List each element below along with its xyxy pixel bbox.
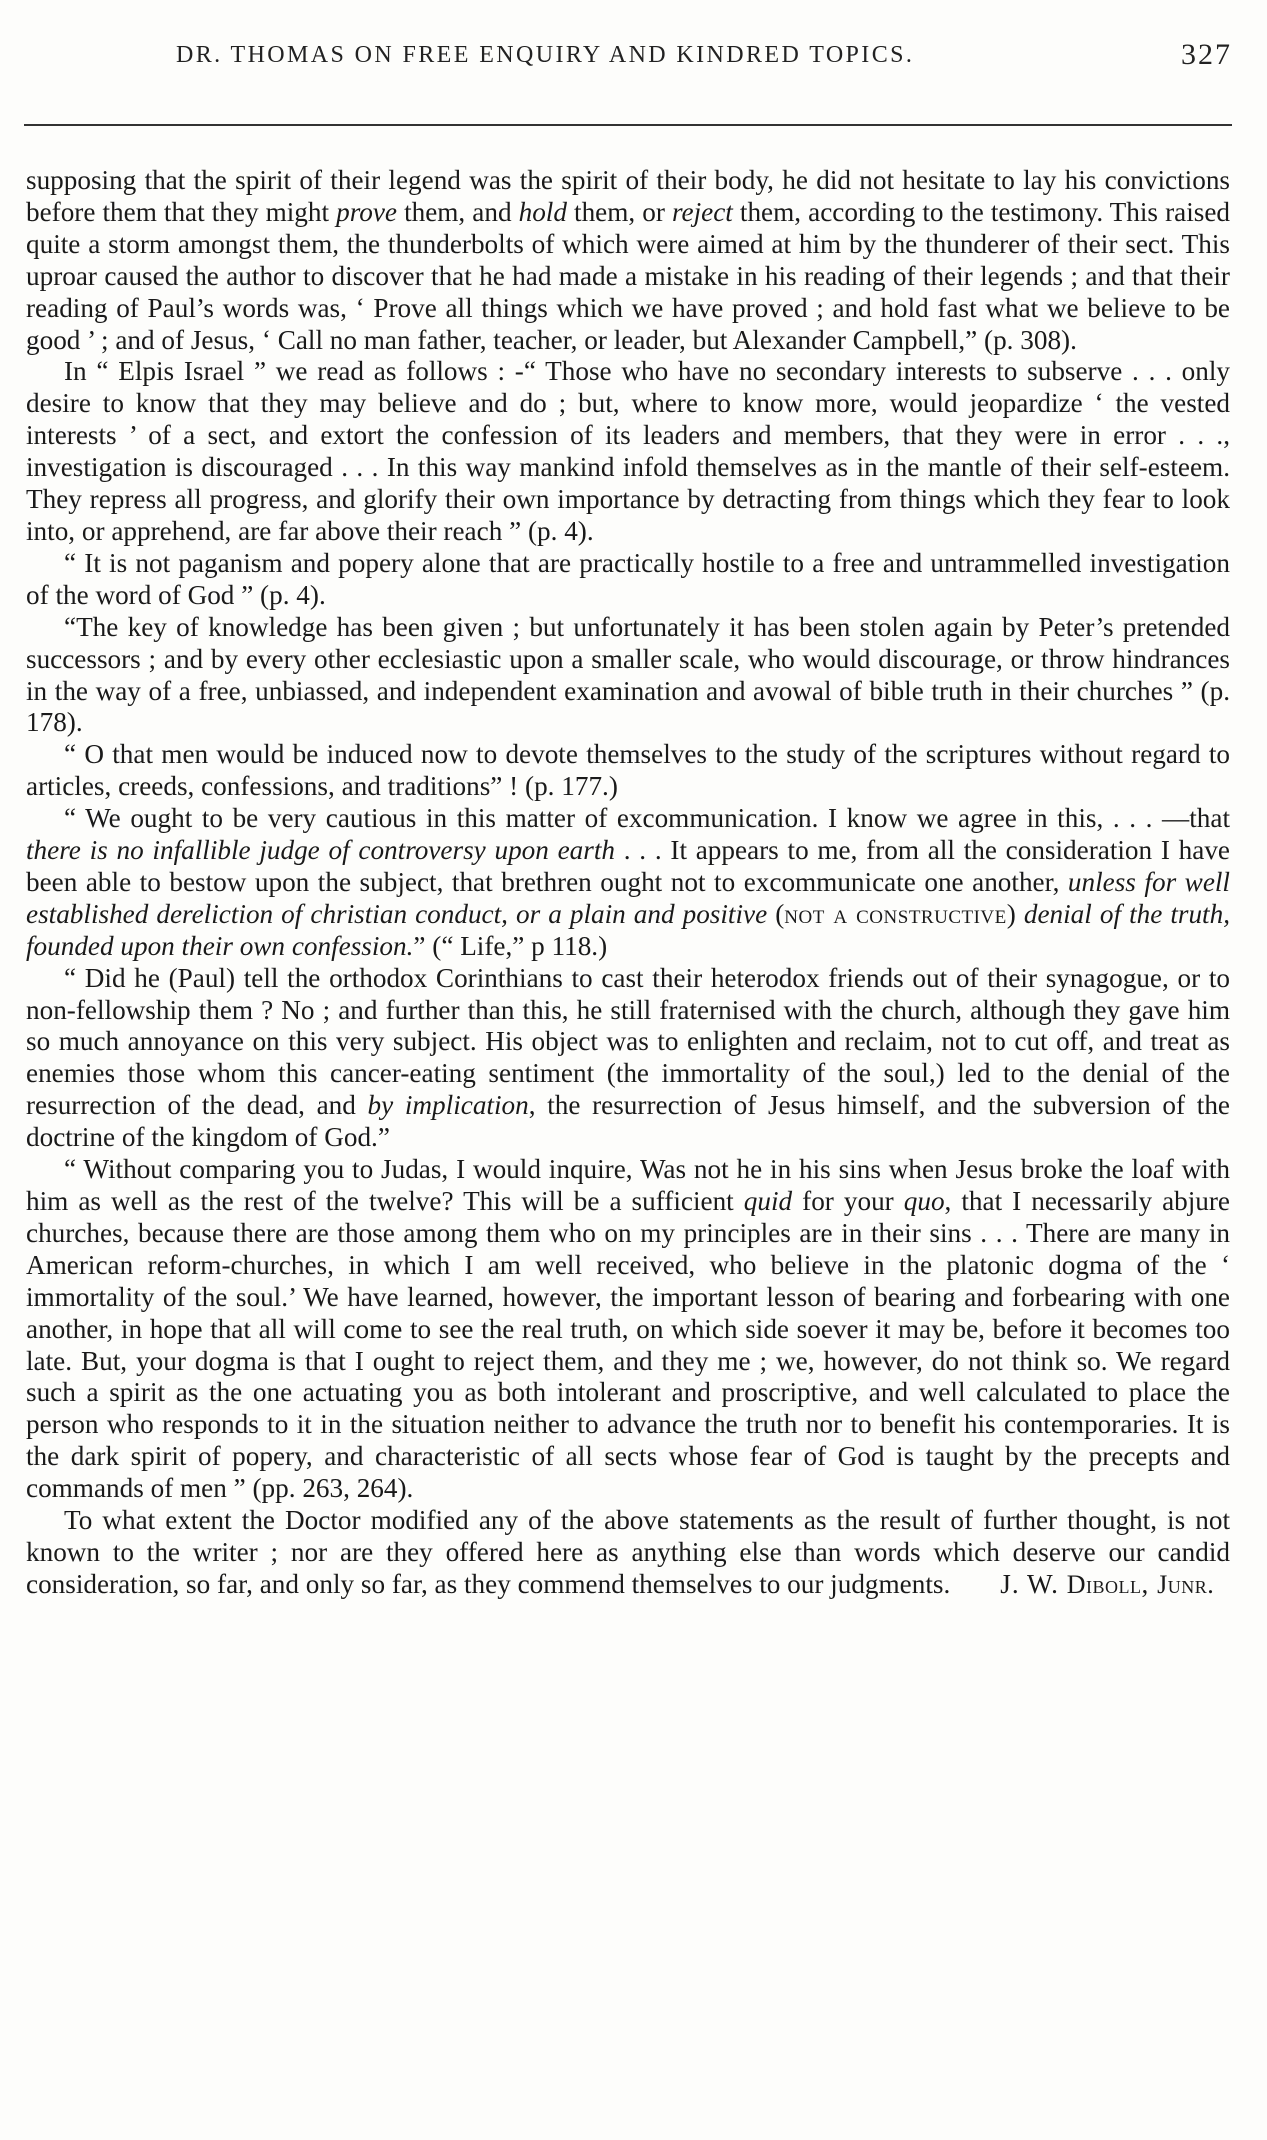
text-run: “ We ought to be very cautious in this m… [64, 803, 1230, 833]
paragraph: In “ Elpis Israel ” we read as follows :… [26, 356, 1230, 547]
paragraph: “ Without comparing you to Judas, I woul… [26, 1154, 1230, 1505]
header-rule [24, 124, 1232, 126]
italic-run: there is no infallible judge of controve… [26, 835, 615, 865]
text-run: ( [767, 899, 784, 929]
text-run: ) [1007, 899, 1024, 929]
italic-run: quid [744, 1186, 792, 1216]
page-number: 327 [1181, 38, 1232, 72]
article-body: supposing that the spirit of their legen… [26, 165, 1230, 1601]
text-run: for your [792, 1186, 904, 1216]
paragraph: “ It is not paganism and popery alone th… [26, 548, 1230, 612]
signature-surname: Diboll [1067, 1570, 1142, 1599]
paragraph: “ Did he (Paul) tell the orthodox Corint… [26, 963, 1230, 1154]
italic-run: prove [336, 197, 397, 227]
signature-initials: J. W. [1000, 1569, 1066, 1599]
italic-run: by implication [368, 1090, 529, 1120]
paragraph: supposing that the spirit of their legen… [26, 165, 1230, 356]
signature-suffix: Junr. [1157, 1570, 1214, 1599]
text-run: “ O that men would be induced now to dev… [26, 739, 1230, 801]
italic-run: hold [519, 197, 567, 227]
text-run: “ It is not paganism and popery alone th… [26, 548, 1230, 610]
italic-run: quo [904, 1186, 945, 1216]
text-run: , that I necessarily abjure churches, be… [26, 1186, 1230, 1503]
smallcaps-run: not a constructive [784, 899, 1006, 929]
text-run: “The key of knowledge has been given ; b… [26, 612, 1230, 738]
italic-run: reject [672, 197, 733, 227]
author-signature: J. W. Diboll, Junr. [1000, 1569, 1214, 1599]
text-run: them, and [397, 197, 519, 227]
text-run: ” (“ Life,” p 118.) [413, 931, 607, 961]
running-head: DR. THOMAS ON FREE ENQUIRY AND KINDRED T… [0, 42, 1232, 82]
paragraph-closing: To what extent the Doctor modified any o… [26, 1505, 1230, 1601]
text-run: In “ Elpis Israel ” we read as follows :… [26, 356, 1230, 546]
paragraph: “ We ought to be very cautious in this m… [26, 803, 1230, 963]
paragraph: “The key of knowledge has been given ; b… [26, 612, 1230, 740]
running-title: DR. THOMAS ON FREE ENQUIRY AND KINDRED T… [176, 42, 914, 69]
paragraph: “ O that men would be induced now to dev… [26, 739, 1230, 803]
text-run: them, or [567, 197, 672, 227]
